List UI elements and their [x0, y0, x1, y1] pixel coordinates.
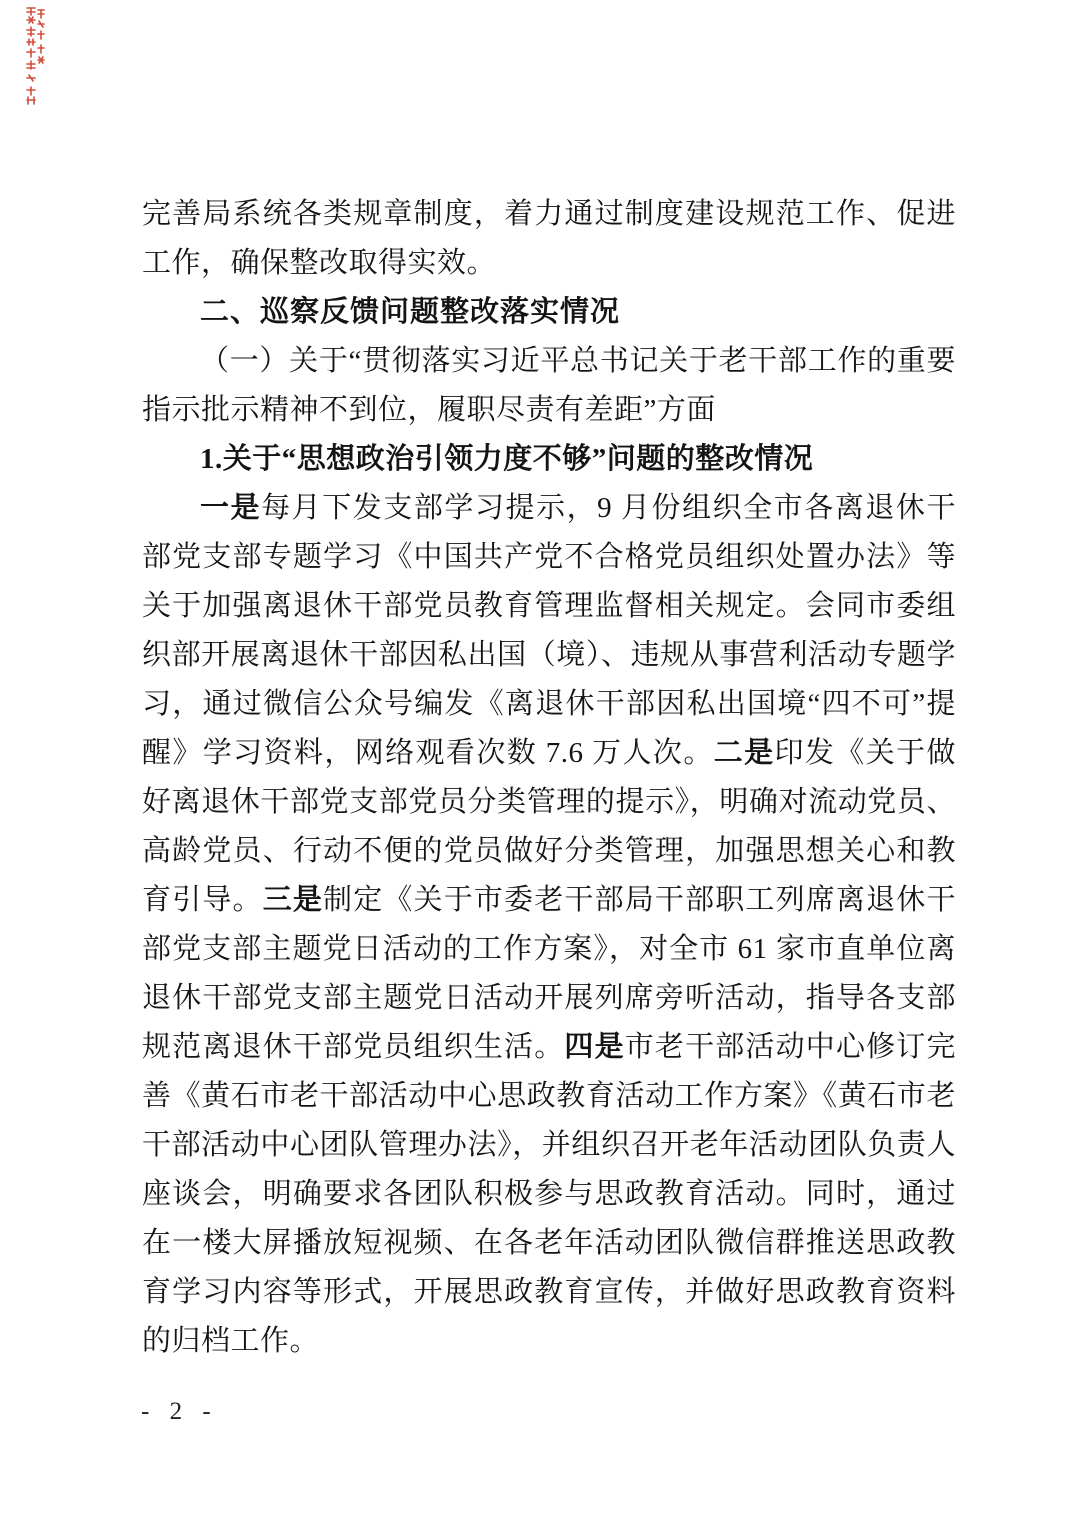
measures-paragraph: 一是每月下发支部学习提示，9 月份组织全市各离退休干部党支部专题学习《中国共产党…: [142, 484, 956, 1366]
page-number: - 2 -: [141, 1398, 218, 1425]
measure-marker-1: 一是: [200, 492, 261, 524]
subsection-heading: （一）关于“贯彻落实习近平总书记关于老干部工作的重要指示批示精神不到位，履职尽责…: [142, 337, 956, 435]
document-body: 完善局系统各类规章制度，着力通过制度建设规范工作、促进工作，确保整改取得实效。 …: [142, 190, 956, 1366]
document-page: 完善局系统各类规章制度，着力通过制度建设规范工作、促进工作，确保整改取得实效。 …: [0, 0, 1074, 1520]
page-footer: - 2 -: [141, 1398, 218, 1426]
item-heading: 1.关于“思想政治引领力度不够”问题的整改情况: [142, 435, 956, 484]
measure-text-1: 每月下发支部学习提示，9 月份组织全市各离退休干部党支部专题学习《中国共产党不合…: [142, 492, 956, 769]
measure-marker-4: 四是: [564, 1031, 624, 1063]
section-heading: 二、巡察反馈问题整改落实情况: [142, 288, 956, 337]
continuation-paragraph: 完善局系统各类规章制度，着力通过制度建设规范工作、促进工作，确保整改取得实效。: [142, 190, 956, 288]
measure-marker-3: 三是: [263, 884, 323, 916]
measure-text-4: 市老干部活动中心修订完善《黄石市老干部活动中心思政教育活动工作方案》《黄石市老干…: [142, 1031, 956, 1357]
red-corner-marks-icon: [24, 4, 46, 108]
measure-marker-2: 二是: [714, 737, 775, 769]
